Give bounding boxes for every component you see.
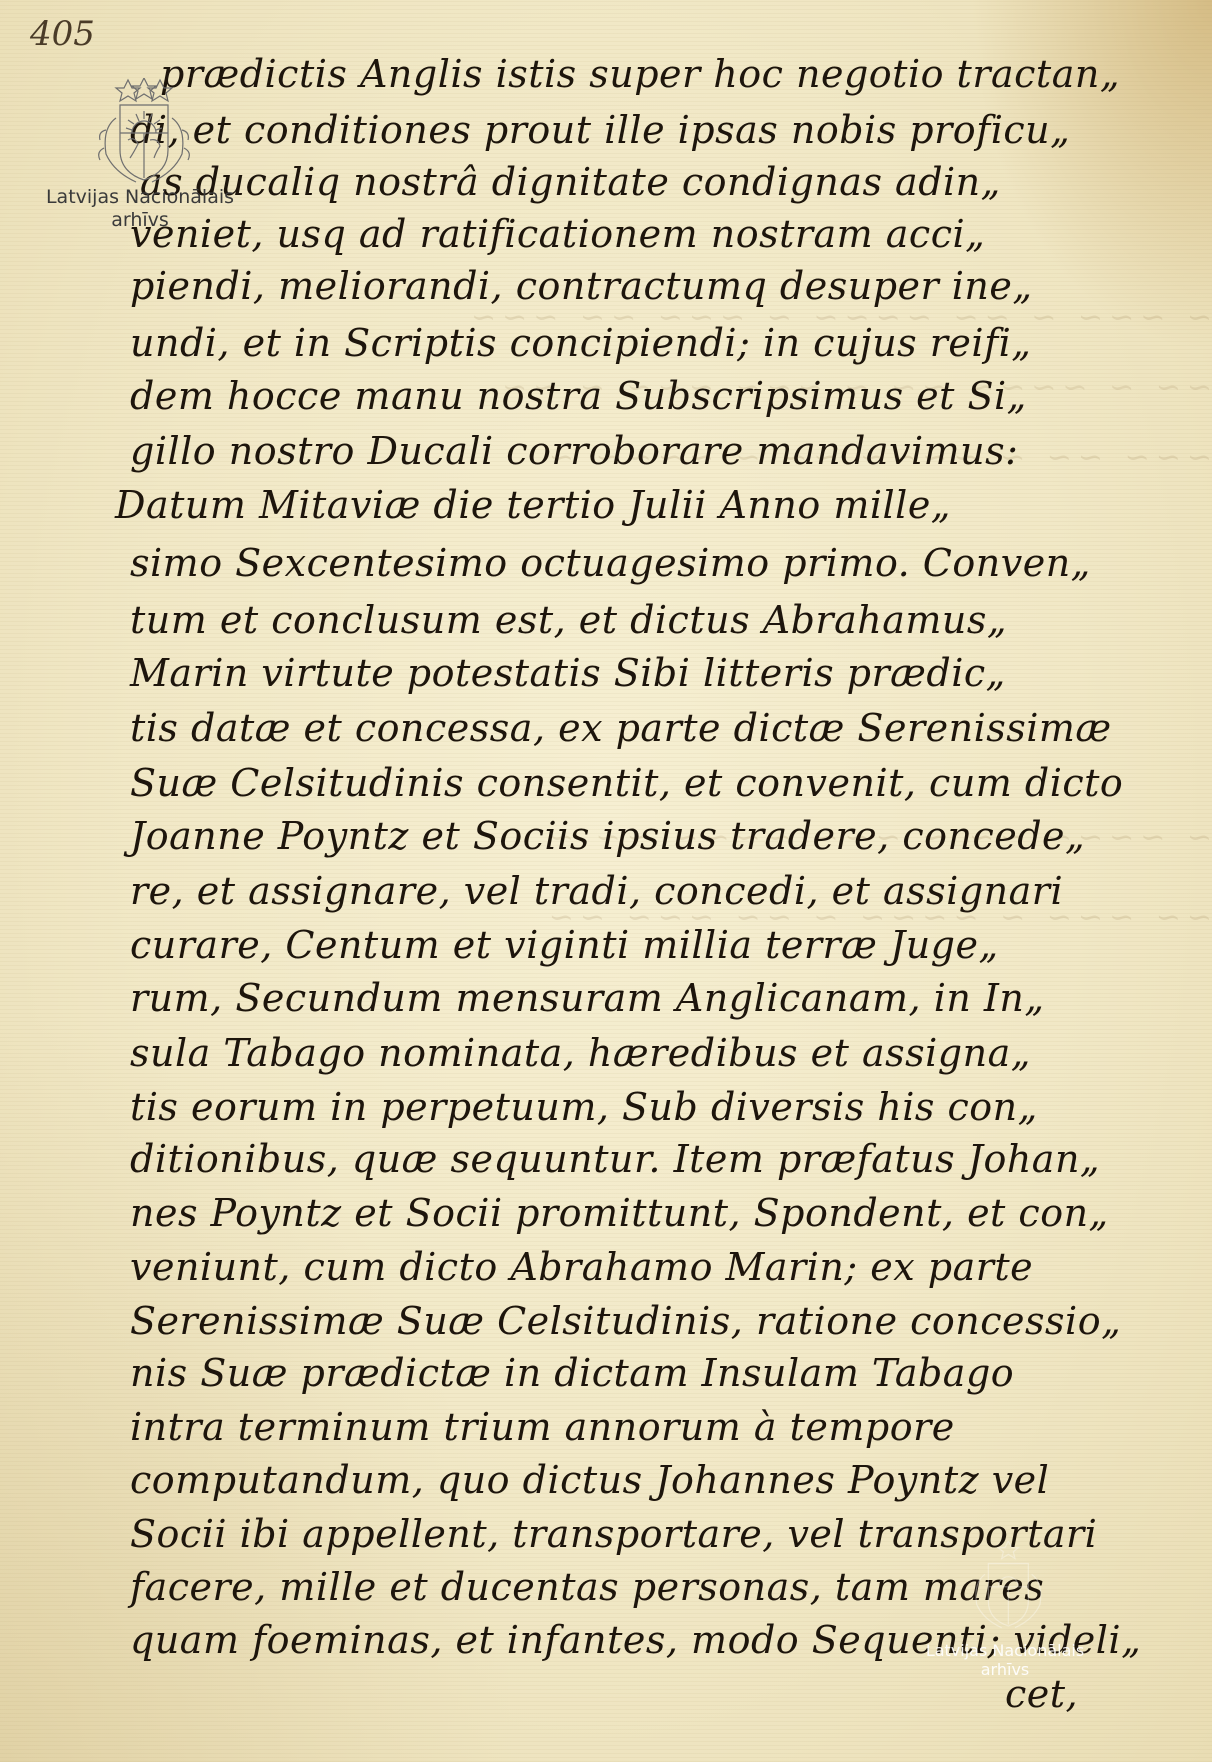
- manuscript-line: tis datæ et concessa, ex parte dictæ Ser…: [130, 706, 1112, 750]
- manuscript-line: Marin virtute potestatis Sibi litteris p…: [130, 651, 1006, 695]
- manuscript-line: tum et conclusum est, et dictus Abrahamu…: [130, 598, 1007, 642]
- archive-name-suffix: arhīvs: [40, 209, 240, 232]
- manuscript-line: Joanne Poyntz et Sociis ipsius tradere, …: [130, 814, 1085, 858]
- manuscript-line: tis eorum in perpetuum, Sub diversis his…: [130, 1085, 1038, 1129]
- manuscript-line: facere, mille et ducentas personas, tam …: [130, 1565, 1044, 1609]
- latvia-coat-of-arms-icon: [955, 1541, 1055, 1631]
- manuscript-line: nes Poyntz et Socii promittunt, Spondent…: [130, 1191, 1109, 1235]
- archive-name-suffix: arhīvs: [900, 1660, 1110, 1679]
- manuscript-line: Datum Mitaviæ die tertio Julii Anno mill…: [115, 483, 951, 527]
- manuscript-line: dem hocce manu nostra Subscripsimus et S…: [130, 374, 1027, 418]
- archive-name: Latvijas Nacionālais: [900, 1641, 1110, 1660]
- archive-name: Latvijas Nacionālais: [40, 186, 240, 209]
- manuscript-line: Serenissimæ Suæ Celsitudinis, ratione co…: [130, 1299, 1121, 1343]
- manuscript-line: Suæ Celsitudinis consentit, et convenit,…: [130, 761, 1123, 805]
- folio-number: 405: [30, 14, 95, 54]
- archive-watermark-bottom: Latvijas Nacionālais arhīvs: [900, 1641, 1110, 1679]
- manuscript-line: veniunt, cum dicto Abrahamo Marin; ex pa…: [130, 1245, 1033, 1289]
- manuscript-line: piendi, meliorandi, contractumq desuper …: [130, 264, 1033, 308]
- manuscript-line: prædictis Anglis istis super hoc negotio…: [160, 52, 1120, 96]
- manuscript-line: di, et conditiones prout ille ipsas nobi…: [130, 108, 1070, 152]
- manuscript-line: intra terminum trium annorum à tempore: [130, 1405, 955, 1449]
- manuscript-line: computandum, quo dictus Johannes Poyntz …: [130, 1458, 1049, 1502]
- manuscript-line: Socii ibi appellent, transportare, vel t…: [130, 1512, 1097, 1556]
- manuscript-line: undi, et in Scriptis concipiendi; in cuj…: [130, 321, 1031, 365]
- archive-watermark-top: Latvijas Nacionālais arhīvs: [40, 78, 240, 232]
- manuscript-line: re, et assignare, vel tradi, concedi, et…: [130, 869, 1063, 913]
- latvia-coat-of-arms-icon: [80, 78, 200, 186]
- manuscript-line: rum, Secundum mensuram Anglicanam, in In…: [130, 976, 1045, 1020]
- manuscript-line: ditionibus, quæ sequuntur. Item præfatus…: [130, 1137, 1100, 1181]
- manuscript-line: nis Suæ prædictæ in dictam Insulam Tabag…: [130, 1351, 1014, 1395]
- manuscript-page: ~ ~~~ ~ ~~ ~~~~ ~ ~~~ ~~ ~~~ ~~ ~ ~~~~ ~…: [0, 0, 1212, 1762]
- manuscript-line: as ducaliq nostrâ dignitate condignas ad…: [140, 160, 1001, 204]
- manuscript-line: veniet, usq ad ratificationem nostram ac…: [130, 212, 985, 256]
- manuscript-line: sula Tabago nominata, hæredibus et assig…: [130, 1031, 1031, 1075]
- manuscript-line: curare, Centum et viginti millia terræ J…: [130, 923, 999, 967]
- manuscript-line: simo Sexcentesimo octuagesimo primo. Con…: [130, 541, 1091, 585]
- manuscript-line: gillo nostro Ducali corroborare mandavim…: [130, 429, 1018, 473]
